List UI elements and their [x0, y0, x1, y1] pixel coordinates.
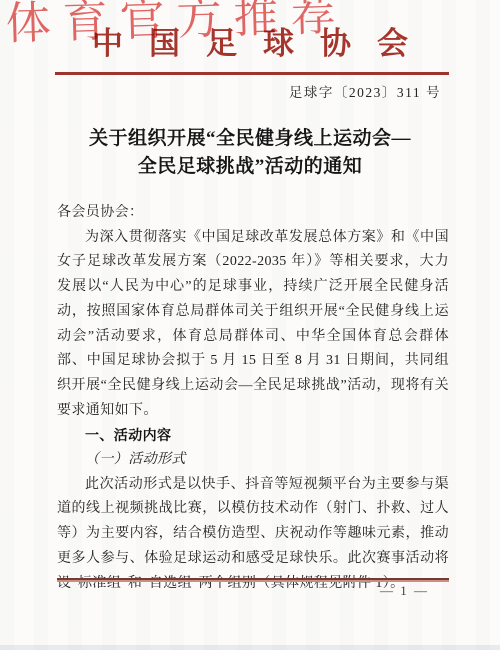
subsection-heading-1: （一）活动形式 — [57, 448, 449, 473]
salutation: 各会员协会： — [57, 201, 449, 226]
page-number: — 1 — — [380, 583, 429, 599]
header-rule — [55, 72, 449, 75]
footer-rule-light-line — [57, 580, 449, 583]
scan-bottom-edge — [0, 645, 500, 650]
document-page: 体育官方推荐 中国足球协会 足球字〔2023〕311 号 关于组织开展“全民健身… — [0, 0, 500, 650]
section-heading-1: 一、活动内容 — [57, 423, 449, 448]
document-body: 各会员协会： 为深入贯彻落实《中国足球改革发展总体方案》和《中国女子足球改革发展… — [57, 201, 449, 596]
doc-number: 足球字〔2023〕311 号 — [289, 84, 441, 101]
document-title-line1: 关于组织开展“全民健身线上运动会— — [0, 125, 500, 153]
document-title: 关于组织开展“全民健身线上运动会— 全民足球挑战”活动的通知 — [0, 125, 500, 181]
document-title-line2: 全民足球挑战”活动的通知 — [0, 153, 500, 181]
body-paragraph-1: 为深入贯彻落实《中国足球改革发展总体方案》和《中国女子足球改革发展方案（2022… — [57, 226, 449, 424]
footer-rule — [57, 578, 449, 582]
